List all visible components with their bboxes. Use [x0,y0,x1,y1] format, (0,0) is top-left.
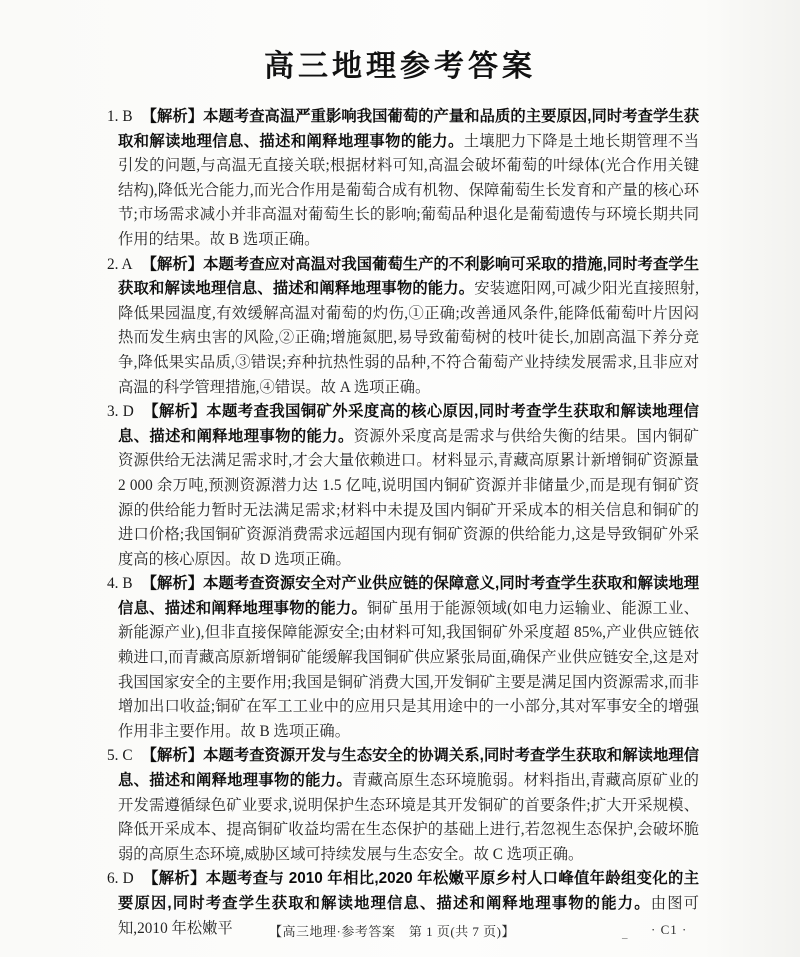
answers-list: 1. B【解析】本题考查高温严重影响我国葡萄的产量和品质的主要原因,同时考查学生… [118,105,699,941]
question-number: 3. D [107,403,134,420]
question-number: 5. C [107,747,133,764]
question-number: 4. B [107,575,133,592]
analysis-body: 资源外采度高是需求与供给失衡的结果。国内铜矿资源供给无法满足需求时,才会大量依赖… [118,428,699,568]
answer-item-5: 5. C【解析】本题考查资源开发与生态安全的协调关系,同时考查学生获取和解读地理… [118,744,699,867]
question-number: 6. D [107,870,134,887]
footer-paper-code: · C1 · [651,922,687,938]
analysis-heading: 【解析】本题考查与 2010 年相比,2020 年松嫩平原乡村人口峰值年龄组变化… [118,870,699,912]
page-footer: 【高三地理·参考答案 第 1 页(共 7 页)】 _ · C1 · [0,921,800,947]
question-number: 2. A [107,256,133,273]
analysis-body: 铜矿虽用于能源领域(如电力运输业、能源工业、新能源产业),但非直接保障能源安全;… [118,600,699,740]
answer-item-3: 3. D【解析】本题考查我国铜矿外采度高的核心原因,同时考查学生获取和解读地理信… [118,400,699,572]
question-number: 1. B [107,108,133,125]
analysis-body: 安装遮阳网,可减少阳光直接照射,降低果园温度,有效缓解高温对葡萄的灼伤,①正确;… [118,280,699,395]
scanned-answer-page: 高三地理参考答案 1. B【解析】本题考查高温严重影响我国葡萄的产量和品质的主要… [0,0,800,957]
footer-scan-mark: _ [622,928,628,940]
footer-pagination: 【高三地理·参考答案 第 1 页(共 7 页)】 [269,921,515,940]
answer-item-2: 2. A【解析】本题考查应对高温对我国葡萄生产的不利影响可采取的措施,同时考查学… [118,253,699,401]
page-title: 高三地理参考答案 [0,41,800,85]
answer-item-4: 4. B【解析】本题考查资源安全对产业供应链的保障意义,同时考查学生获取和解读地… [118,572,699,744]
answer-item-1: 1. B【解析】本题考查高温严重影响我国葡萄的产量和品质的主要原因,同时考查学生… [118,105,699,253]
